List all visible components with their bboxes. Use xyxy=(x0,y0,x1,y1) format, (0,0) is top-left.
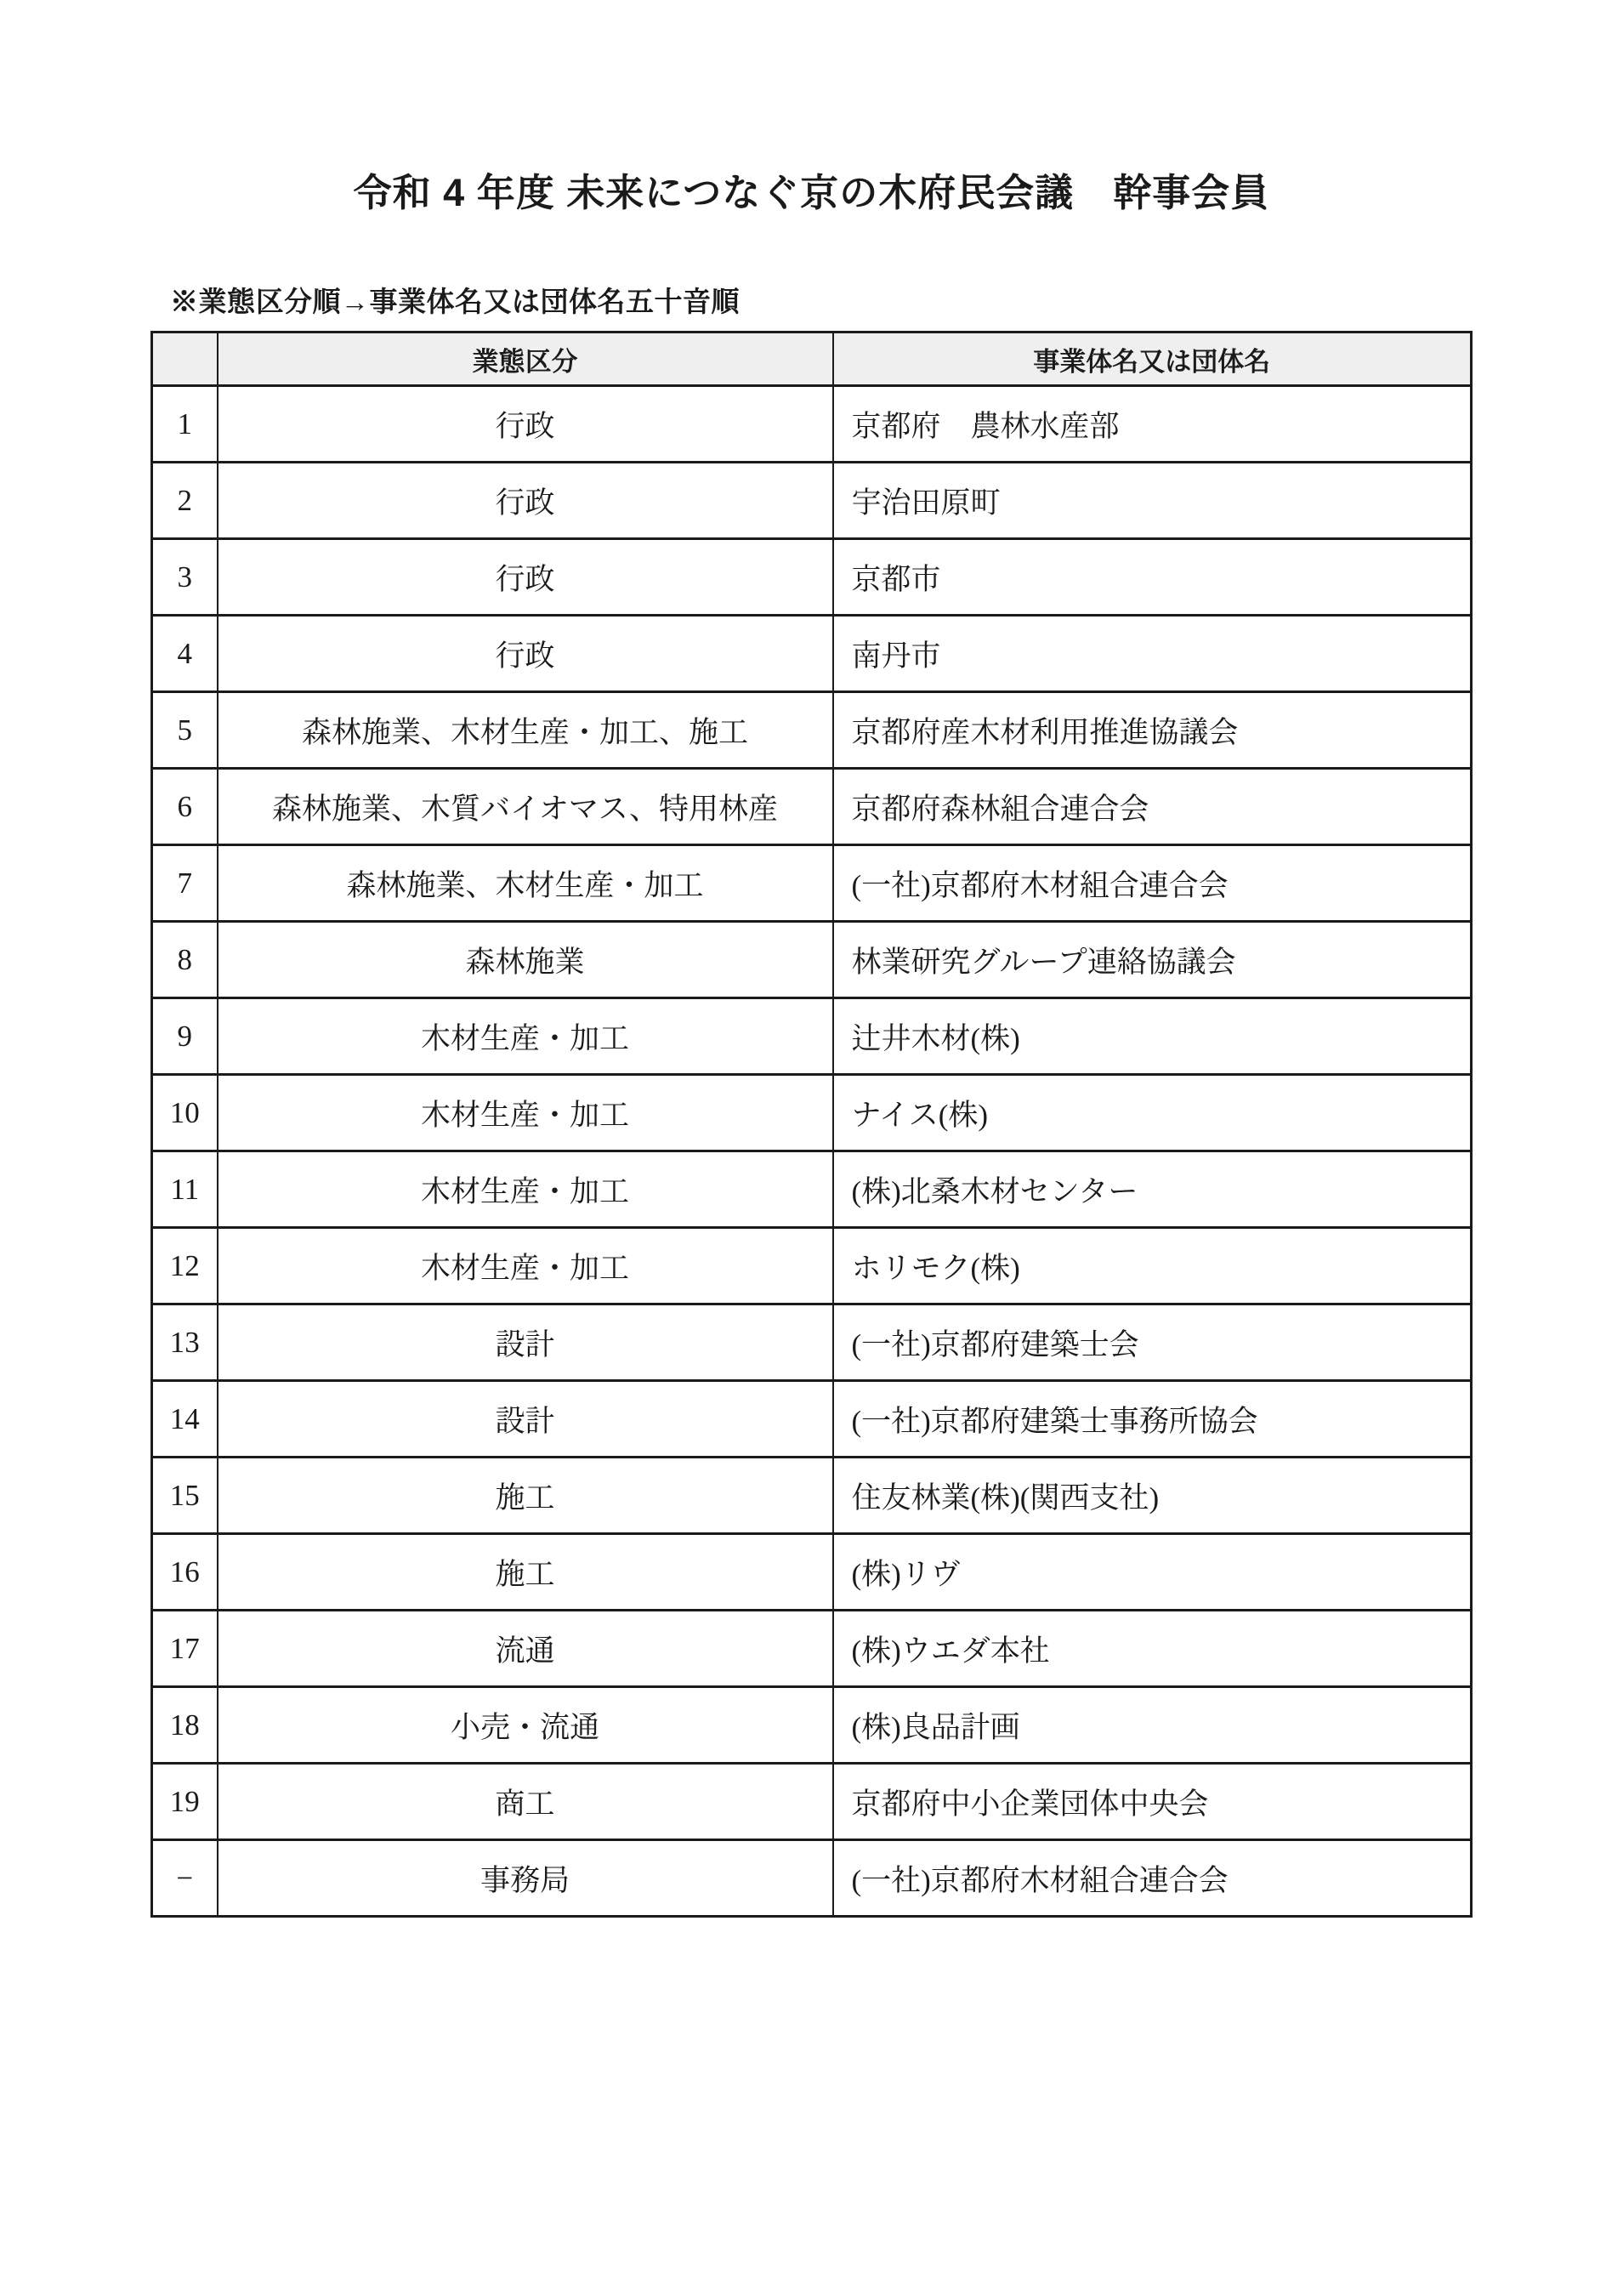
cell-no: 5 xyxy=(152,692,218,769)
members-table: 業態区分 事業体名又は団体名 1行政京都府 農林水産部2行政宇治田原町3行政京都… xyxy=(150,331,1473,1918)
cell-no: 8 xyxy=(152,922,218,998)
cell-no: 13 xyxy=(152,1304,218,1381)
cell-no: 12 xyxy=(152,1228,218,1304)
table-row: 8森林施業林業研究グループ連絡協議会 xyxy=(152,922,1472,998)
table-row: 1行政京都府 農林水産部 xyxy=(152,386,1472,463)
cell-no: 18 xyxy=(152,1687,218,1764)
table-row: 3行政京都市 xyxy=(152,539,1472,616)
table-body: 1行政京都府 農林水産部2行政宇治田原町3行政京都市4行政南丹市5森林施業、木材… xyxy=(152,386,1472,1917)
cell-category: 流通 xyxy=(218,1611,833,1687)
cell-no: 9 xyxy=(152,998,218,1075)
table-row: 17流通(株)ウエダ本社 xyxy=(152,1611,1472,1687)
table-row: 15施工住友林業(株)(関西支社) xyxy=(152,1458,1472,1534)
cell-no: 7 xyxy=(152,845,218,922)
table-row: 14設計(一社)京都府建築士事務所協会 xyxy=(152,1381,1472,1458)
cell-name: 南丹市 xyxy=(833,616,1472,692)
table-row: 19商工京都府中小企業団体中央会 xyxy=(152,1764,1472,1840)
table-row: 4行政南丹市 xyxy=(152,616,1472,692)
table-row: 7森林施業、木材生産・加工(一社)京都府木材組合連合会 xyxy=(152,845,1472,922)
cell-category: 木材生産・加工 xyxy=(218,1075,833,1151)
header-entity-name: 事業体名又は団体名 xyxy=(833,332,1472,386)
cell-name: (一社)京都府建築士事務所協会 xyxy=(833,1381,1472,1458)
cell-category: 行政 xyxy=(218,616,833,692)
cell-category: 小売・流通 xyxy=(218,1687,833,1764)
cell-category: 事務局 xyxy=(218,1840,833,1917)
cell-name: 京都市 xyxy=(833,539,1472,616)
cell-name: (株)ウエダ本社 xyxy=(833,1611,1472,1687)
table-row: 13設計(一社)京都府建築士会 xyxy=(152,1304,1472,1381)
cell-name: 住友林業(株)(関西支社) xyxy=(833,1458,1472,1534)
cell-no: 6 xyxy=(152,769,218,845)
cell-name: (株)リヴ xyxy=(833,1534,1472,1611)
table-row: 11木材生産・加工(株)北桑木材センター xyxy=(152,1151,1472,1228)
cell-category: 森林施業、木材生産・加工、施工 xyxy=(218,692,833,769)
cell-name: (株)北桑木材センター xyxy=(833,1151,1472,1228)
cell-no: 3 xyxy=(152,539,218,616)
table-row: 10木材生産・加工ナイス(株) xyxy=(152,1075,1472,1151)
cell-no: 19 xyxy=(152,1764,218,1840)
cell-name: (株)良品計画 xyxy=(833,1687,1472,1764)
header-number xyxy=(152,332,218,386)
sort-order-note: ※業態区分順→事業体名又は団体名五十音順 xyxy=(170,280,1623,320)
cell-no: 10 xyxy=(152,1075,218,1151)
cell-category: 行政 xyxy=(218,539,833,616)
cell-name: 林業研究グループ連絡協議会 xyxy=(833,922,1472,998)
cell-category: 木材生産・加工 xyxy=(218,998,833,1075)
table-row: 2行政宇治田原町 xyxy=(152,463,1472,539)
table-row: 5森林施業、木材生産・加工、施工京都府産木材利用推進協議会 xyxy=(152,692,1472,769)
cell-category: 設計 xyxy=(218,1381,833,1458)
table-row: 12木材生産・加工ホリモク(株) xyxy=(152,1228,1472,1304)
cell-no: 17 xyxy=(152,1611,218,1687)
table-row: 16施工(株)リヴ xyxy=(152,1534,1472,1611)
cell-name: 京都府中小企業団体中央会 xyxy=(833,1764,1472,1840)
cell-name: 京都府 農林水産部 xyxy=(833,386,1472,463)
table-header-row: 業態区分 事業体名又は団体名 xyxy=(152,332,1472,386)
cell-name: 辻井木材(株) xyxy=(833,998,1472,1075)
cell-no: 15 xyxy=(152,1458,218,1534)
cell-category: 施工 xyxy=(218,1458,833,1534)
page-title: 令和 4 年度 未来につなぐ京の木府民会議 幹事会員 xyxy=(0,162,1623,217)
cell-no: 2 xyxy=(152,463,218,539)
cell-name: 宇治田原町 xyxy=(833,463,1472,539)
cell-name: (一社)京都府建築士会 xyxy=(833,1304,1472,1381)
header-business-category: 業態区分 xyxy=(218,332,833,386)
cell-category: 森林施業 xyxy=(218,922,833,998)
cell-name: (一社)京都府木材組合連合会 xyxy=(833,1840,1472,1917)
cell-category: 設計 xyxy=(218,1304,833,1381)
table-row: 6森林施業、木質バイオマス、特用林産京都府森林組合連合会 xyxy=(152,769,1472,845)
cell-name: ホリモク(株) xyxy=(833,1228,1472,1304)
cell-category: 商工 xyxy=(218,1764,833,1840)
cell-no: 11 xyxy=(152,1151,218,1228)
cell-no: − xyxy=(152,1840,218,1917)
cell-name: (一社)京都府木材組合連合会 xyxy=(833,845,1472,922)
cell-category: 行政 xyxy=(218,463,833,539)
table-row: 18小売・流通(株)良品計画 xyxy=(152,1687,1472,1764)
cell-no: 4 xyxy=(152,616,218,692)
cell-name: 京都府森林組合連合会 xyxy=(833,769,1472,845)
cell-category: 行政 xyxy=(218,386,833,463)
cell-no: 16 xyxy=(152,1534,218,1611)
table-row: −事務局(一社)京都府木材組合連合会 xyxy=(152,1840,1472,1917)
cell-name: ナイス(株) xyxy=(833,1075,1472,1151)
cell-no: 14 xyxy=(152,1381,218,1458)
cell-category: 木材生産・加工 xyxy=(218,1151,833,1228)
cell-category: 施工 xyxy=(218,1534,833,1611)
cell-category: 森林施業、木質バイオマス、特用林産 xyxy=(218,769,833,845)
cell-category: 木材生産・加工 xyxy=(218,1228,833,1304)
cell-category: 森林施業、木材生産・加工 xyxy=(218,845,833,922)
table-row: 9木材生産・加工辻井木材(株) xyxy=(152,998,1472,1075)
cell-name: 京都府産木材利用推進協議会 xyxy=(833,692,1472,769)
cell-no: 1 xyxy=(152,386,218,463)
